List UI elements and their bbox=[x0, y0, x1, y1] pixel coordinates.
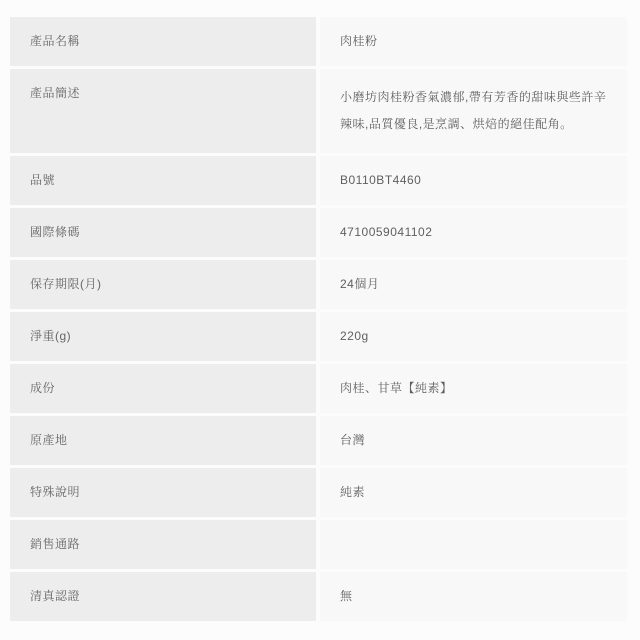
spec-label-product-name: 產品名稱 bbox=[10, 17, 316, 66]
spec-value-special-note: 純素 bbox=[320, 468, 627, 517]
spec-value-shelf-life: 24個月 bbox=[320, 260, 627, 309]
spec-value-halal-certification: 無 bbox=[320, 572, 627, 621]
product-spec-table: 產品名稱 肉桂粉 產品簡述 小磨坊肉桂粉香氣濃郁,帶有芳香的甜味與些許辛辣味,品… bbox=[10, 17, 627, 621]
spec-label-shelf-life: 保存期限(月) bbox=[10, 260, 316, 309]
spec-value-origin: 台灣 bbox=[320, 416, 627, 465]
spec-label-origin: 原產地 bbox=[10, 416, 316, 465]
spec-value-barcode: 4710059041102 bbox=[320, 208, 627, 257]
spec-label-ingredients: 成份 bbox=[10, 364, 316, 413]
spec-label-special-note: 特殊說明 bbox=[10, 468, 316, 517]
spec-value-ingredients: 肉桂、甘草【純素】 bbox=[320, 364, 627, 413]
spec-label-halal-certification: 清真認證 bbox=[10, 572, 316, 621]
spec-label-barcode: 國際條碼 bbox=[10, 208, 316, 257]
spec-label-sales-channel: 銷售通路 bbox=[10, 520, 316, 569]
spec-value-sales-channel bbox=[320, 520, 627, 569]
spec-value-net-weight: 220g bbox=[320, 312, 627, 361]
spec-value-item-number: B0110BT4460 bbox=[320, 156, 627, 205]
spec-value-product-description: 小磨坊肉桂粉香氣濃郁,帶有芳香的甜味與些許辛辣味,品質優良,是烹調、烘焙的絕佳配… bbox=[320, 69, 627, 153]
spec-value-product-name: 肉桂粉 bbox=[320, 17, 627, 66]
spec-label-product-description: 產品簡述 bbox=[10, 69, 316, 153]
spec-label-net-weight: 淨重(g) bbox=[10, 312, 316, 361]
spec-label-item-number: 品號 bbox=[10, 156, 316, 205]
